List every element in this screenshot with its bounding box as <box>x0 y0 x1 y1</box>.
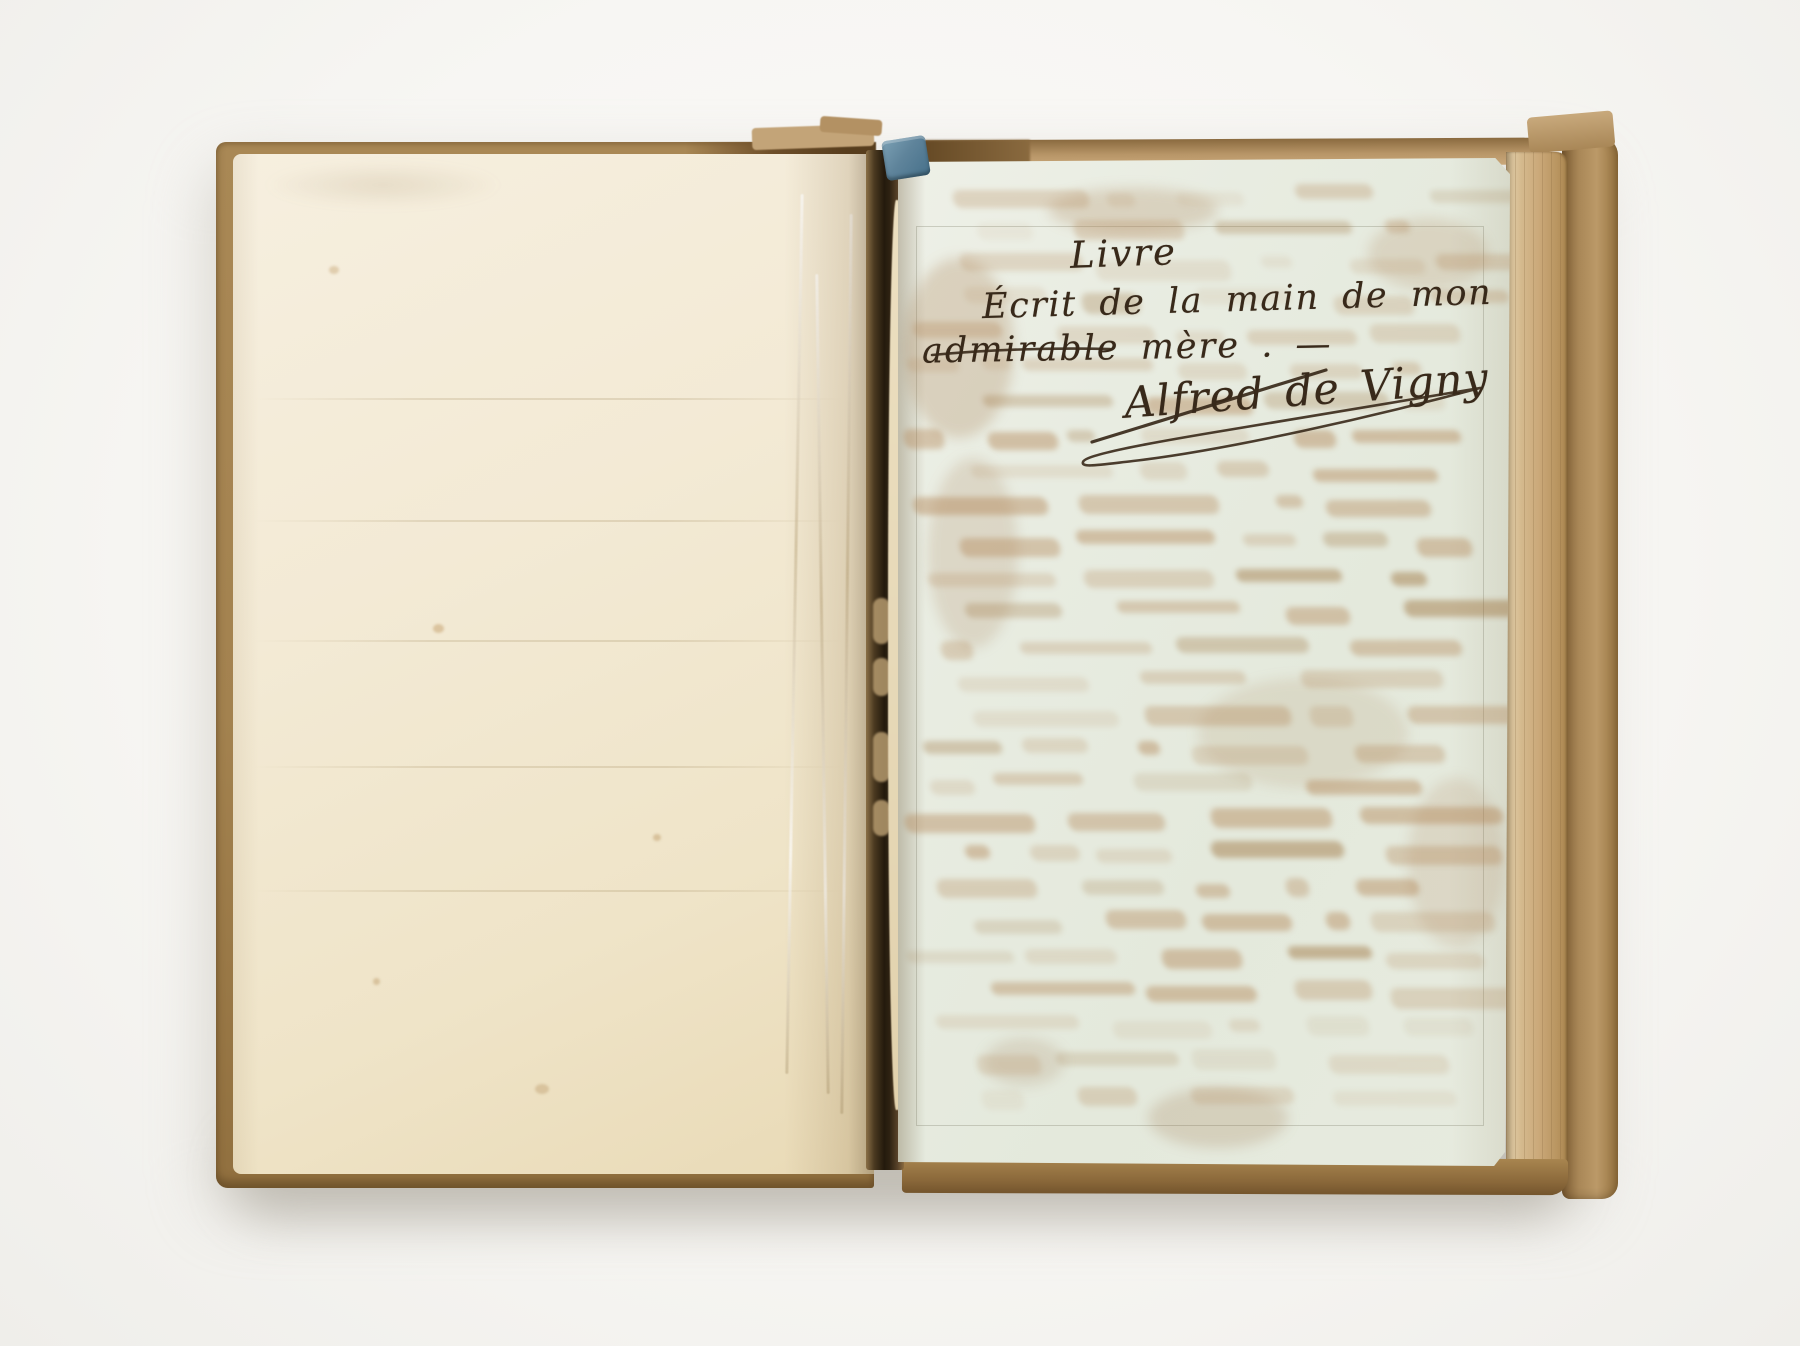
bleed-mark <box>1143 706 1292 726</box>
bleed-mark <box>1435 254 1510 270</box>
bleed-mark <box>1284 878 1310 897</box>
bleed-mark <box>1260 256 1293 268</box>
bleed-mark <box>1083 570 1216 588</box>
bleed-mark <box>927 573 1057 587</box>
bleed-mark <box>929 780 976 795</box>
bleed-mark <box>973 920 1063 934</box>
bleed-mark <box>976 223 1035 240</box>
bleed-mark <box>1325 912 1352 930</box>
bleed-mark <box>1332 1091 1458 1106</box>
bleed-mark <box>1116 601 1241 613</box>
bleed-mark <box>903 814 1036 833</box>
bleed-mark <box>1416 538 1473 557</box>
bleed-mark <box>1348 259 1425 274</box>
bleed-mark <box>1304 780 1423 795</box>
left-cover-board <box>216 142 874 1188</box>
bleed-mark <box>976 1055 1043 1075</box>
bleed-mark <box>1019 642 1153 654</box>
fox-spot <box>653 834 661 841</box>
bleed-mark <box>1145 986 1258 1002</box>
fox-spot <box>373 978 380 985</box>
torn-cover-corner <box>1527 110 1616 153</box>
bleed-mark <box>1161 949 1244 969</box>
fox-spot <box>535 1084 549 1094</box>
bleed-mark <box>1299 670 1444 688</box>
bleed-mark <box>981 1090 1026 1110</box>
bleed-mark <box>1275 495 1304 508</box>
paper-wrinkle <box>785 194 803 1074</box>
bleed-mark <box>1351 430 1462 443</box>
bleed-mark <box>1024 949 1118 964</box>
bleed-mark <box>1403 1018 1475 1036</box>
paper-wrinkle <box>815 274 829 1094</box>
bleed-mark <box>1285 607 1351 625</box>
bleed-mark <box>1349 640 1463 656</box>
bleed-mark <box>982 395 1114 407</box>
inscription-line1: Livre <box>1069 230 1177 277</box>
bleed-mark <box>1191 1049 1278 1070</box>
bleed-mark <box>1175 637 1310 653</box>
bleed-mark <box>972 711 1121 727</box>
bleed-mark <box>1242 534 1297 546</box>
bleed-mark <box>1235 569 1343 582</box>
bleed-mark <box>1312 469 1439 482</box>
bleed-mark <box>935 879 1037 898</box>
blue-headband <box>881 135 931 181</box>
bleed-mark <box>1324 500 1431 517</box>
bleed-mark <box>1055 1052 1180 1066</box>
bleed-mark <box>1029 845 1081 861</box>
bleed-mark <box>1385 846 1504 865</box>
bleed-mark <box>1390 572 1428 586</box>
paper-fold-line <box>253 398 843 400</box>
bleed-mark <box>1384 953 1484 969</box>
bleed-mark <box>1078 495 1221 514</box>
bleed-mark <box>992 773 1084 785</box>
bleed-mark <box>970 465 1114 478</box>
bleed-mark <box>964 845 991 859</box>
bleed-mark <box>922 741 1003 754</box>
paper-fold-line <box>253 520 843 522</box>
bleed-mark <box>1327 1055 1450 1074</box>
bleed-mark <box>912 497 1050 515</box>
paper-fold-line <box>253 766 843 768</box>
bleed-mark <box>1132 773 1253 791</box>
bleed-mark <box>990 982 1136 995</box>
left-blank-page <box>233 154 874 1174</box>
bleed-mark <box>1066 430 1096 442</box>
bleed-mark <box>1406 706 1510 724</box>
bleed-mark <box>1384 220 1411 233</box>
paper-smudge <box>263 162 503 208</box>
paper-wrinkle <box>840 214 852 1114</box>
bleed-mark <box>957 677 1090 692</box>
bleed-mark <box>1095 849 1173 863</box>
bleed-mark <box>1104 910 1187 929</box>
right-manuscript-page: Livre Écrit de la main de mon admirable … <box>898 158 1510 1166</box>
bleed-mark <box>1138 671 1246 684</box>
bleed-mark <box>906 951 1015 963</box>
bleed-mark <box>1370 912 1497 932</box>
bleed-mark <box>986 432 1058 450</box>
bleed-mark <box>1355 879 1421 896</box>
bleed-mark <box>939 641 974 660</box>
fox-spot <box>329 266 339 274</box>
right-cover-board-edge <box>1562 137 1618 1199</box>
bleed-mark <box>952 190 1091 208</box>
bleed-mark <box>903 429 946 449</box>
bleed-mark <box>935 1015 1080 1029</box>
bleed-mark <box>1429 190 1510 203</box>
bleed-mark <box>1138 462 1187 480</box>
bleed-mark <box>1195 884 1232 898</box>
bleed-mark <box>1308 706 1354 727</box>
bleed-mark <box>1020 738 1089 753</box>
bleed-mark <box>1368 324 1461 343</box>
bleed-mark <box>1176 192 1245 206</box>
bleed-mark <box>1111 1021 1213 1039</box>
bleed-mark <box>1066 813 1165 831</box>
inscription-line3: admirable mère . — <box>922 324 1333 371</box>
fox-spot <box>433 624 444 633</box>
paper-fold-line <box>253 640 843 642</box>
bleed-mark <box>1353 745 1446 763</box>
bleed-mark <box>1402 600 1510 617</box>
bleed-mark <box>1390 988 1510 1009</box>
bleed-mark <box>1321 532 1389 547</box>
bleed-mark <box>1075 530 1216 544</box>
bleed-mark <box>958 538 1060 557</box>
bleed-mark <box>1210 841 1345 858</box>
bleed-mark <box>1358 807 1503 824</box>
bleed-mark <box>1287 946 1373 959</box>
paper-fold-line <box>253 890 843 892</box>
bleed-mark <box>1213 221 1352 234</box>
bleed-mark <box>1137 741 1162 755</box>
bleed-mark <box>1191 746 1310 765</box>
bleed-mark <box>1140 428 1251 444</box>
bleed-mark <box>1294 184 1375 199</box>
bleed-mark <box>1076 1087 1138 1106</box>
bleed-mark <box>958 253 1084 271</box>
bleed-mark <box>1106 193 1136 207</box>
bleed-mark <box>1201 914 1293 931</box>
bleed-mark <box>1228 1019 1261 1032</box>
bleed-mark <box>1210 808 1334 828</box>
bleed-mark <box>1190 1087 1296 1104</box>
bleed-mark <box>1306 1016 1372 1036</box>
bleed-mark <box>1292 430 1337 448</box>
bleed-mark <box>1081 880 1165 895</box>
book-photograph: Livre Écrit de la main de mon admirable … <box>0 0 1800 1346</box>
bleed-mark <box>1293 980 1373 1000</box>
page-block-fore-edge <box>1506 152 1568 1178</box>
bleed-mark <box>964 603 1064 618</box>
bleed-mark <box>1215 461 1269 477</box>
